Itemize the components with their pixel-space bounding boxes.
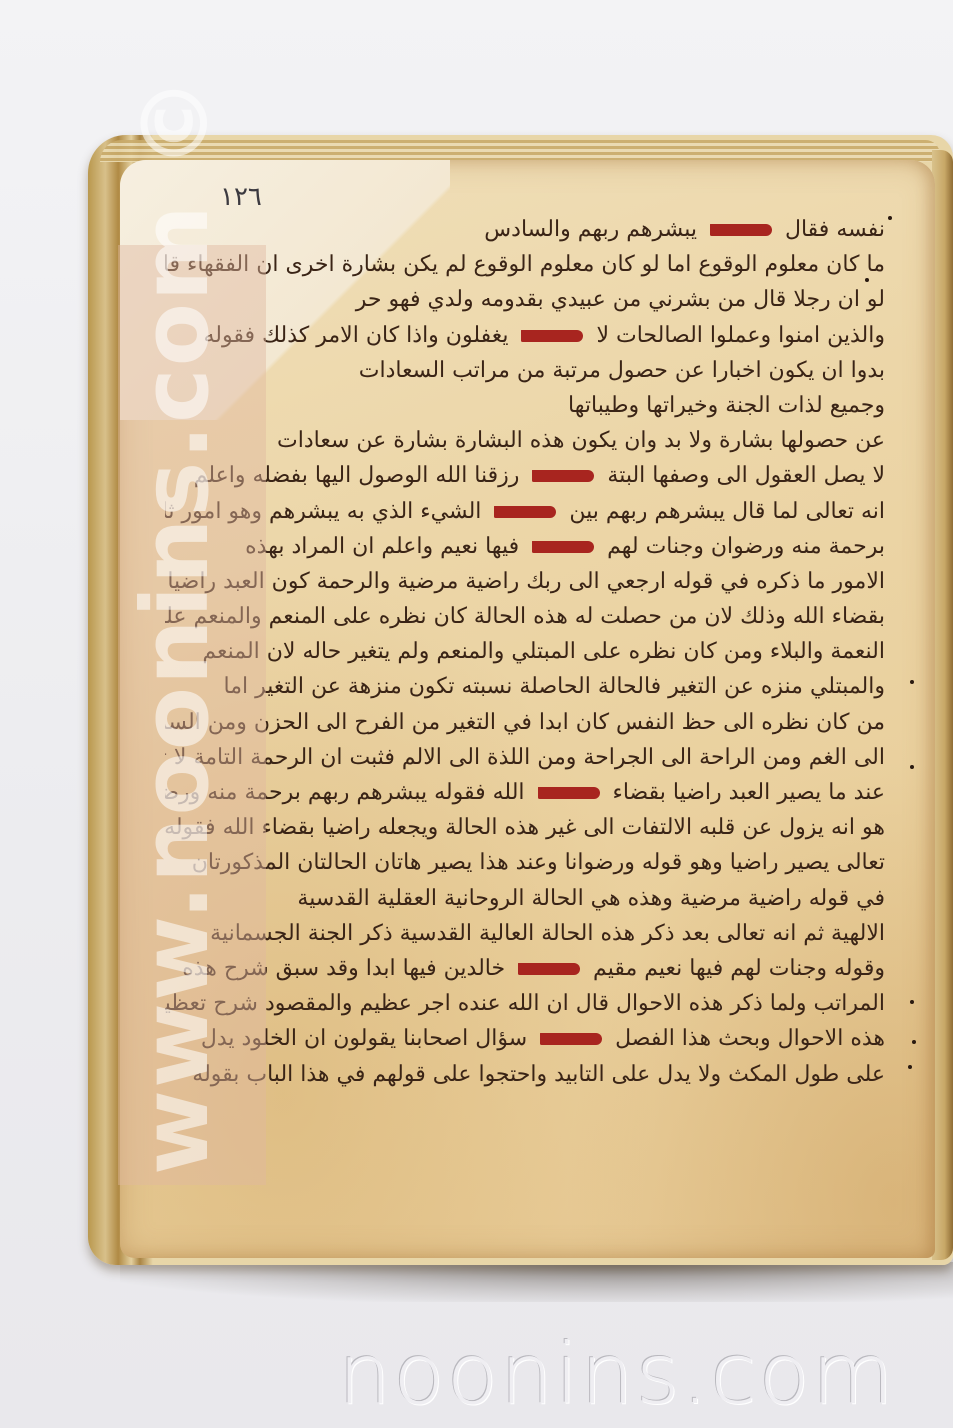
manuscript-line: وجميع لذات الجنة وخيراتها وطيباتها <box>165 388 885 423</box>
manuscript-line: الى الغم ومن الراحة الى الجراحة ومن اللذ… <box>165 740 885 775</box>
line-text: والمبتلي منزه عن التغير فالحالة الحاصلة … <box>224 674 885 699</box>
manuscript-line: في قوله راضية مرضية وهذه هي الحالة الروح… <box>165 881 885 916</box>
manuscript-line: ما كان معلوم الوقوع اما لو كان معلوم الو… <box>165 247 885 282</box>
manuscript-text-block: نفسه فقال يبشرهم ربهم والسادسما كان معلو… <box>165 212 885 1092</box>
manuscript-line: والذين امنوا وعملوا الصالحات لا يغفلون و… <box>165 318 885 353</box>
margin-dot <box>908 1065 912 1069</box>
line-text: وقوله وجنات لهم فيها نعيم مقيم <box>586 956 885 981</box>
manuscript-line: على طول المكث ولا يدل على التابيد واحتجو… <box>165 1057 885 1092</box>
margin-dot <box>888 216 892 220</box>
line-text: لا يصل العقول الى وصفها البتة <box>600 463 885 488</box>
line-text: عند ما يصير العبد راضيا بقضاء <box>606 780 886 805</box>
red-rubric-overline <box>532 541 594 553</box>
line-text: نفسه فقال <box>778 217 885 242</box>
line-text: الامور ما ذكره في قوله ارجعي الى ربك راض… <box>167 569 885 594</box>
manuscript-line: بقضاء الله وذلك لان من حصلت له هذه الحال… <box>165 599 885 634</box>
manuscript-line: هذه الاحوال وبحث هذا الفصل سؤال اصحابنا … <box>165 1021 885 1056</box>
red-rubric-overline <box>540 1033 602 1045</box>
manuscript-line: الامور ما ذكره في قوله ارجعي الى ربك راض… <box>165 564 885 599</box>
margin-dot <box>910 680 914 684</box>
manuscript-line: وقوله وجنات لهم فيها نعيم مقيم خالدين في… <box>165 951 885 986</box>
manuscript-line: النعمة والبلاء ومن كان نظره على المبتلي … <box>165 634 885 669</box>
red-rubric-overline <box>538 787 600 799</box>
book-cover-edge <box>932 150 953 1260</box>
line-text: لو ان رجلا قال من بشرني من عبيدي بقدومه … <box>356 287 885 312</box>
line-text: انه تعالى لما قال يبشرهم ربهم بين <box>562 499 885 524</box>
bottom-watermark: noonins.com <box>338 1325 896 1423</box>
line-text: بدوا ان يكون اخبارا عن حصول مرتبة من مرا… <box>359 358 885 383</box>
line-text: تعالى يصير راضيا وهو قوله ورضوانا وعند ه… <box>192 850 885 875</box>
manuscript-line: برحمة منه ورضوان وجنات لهم فيها نعيم واع… <box>165 529 885 564</box>
manuscript-line: المراتب ولما ذكر هذه الاحوال قال ان الله… <box>165 986 885 1021</box>
line-text: من كان نظره الى حظ النفس كان ابدا في الت… <box>165 710 885 735</box>
manuscript-line: لا يصل العقول الى وصفها البتة رزقنا الله… <box>165 458 885 493</box>
line-text: الالهية ثم انه تعالى بعد ذكر هذه الحالة … <box>210 921 885 946</box>
red-rubric-overline <box>532 470 594 482</box>
vertical-watermark: www.noonins.com © <box>122 75 229 1175</box>
margin-dot <box>910 765 914 769</box>
manuscript-line: نفسه فقال يبشرهم ربهم والسادس <box>165 212 885 247</box>
manuscript-line: من كان نظره الى حظ النفس كان ابدا في الت… <box>165 705 885 740</box>
manuscript-line: تعالى يصير راضيا وهو قوله ورضوانا وعند ه… <box>165 845 885 880</box>
manuscript-line: بدوا ان يكون اخبارا عن حصول مرتبة من مرا… <box>165 353 885 388</box>
manuscript-line: عن حصولها بشارة ولا بد وان يكون هذه البش… <box>165 423 885 458</box>
manuscript-line: والمبتلي منزه عن التغير فالحالة الحاصلة … <box>165 669 885 704</box>
line-text: بقضاء الله وذلك لان من حصلت له هذه الحال… <box>165 604 885 629</box>
line-text: في قوله راضية مرضية وهذه هي الحالة الروح… <box>297 886 885 911</box>
line-text: برحمة منه ورضوان وجنات لهم <box>600 534 885 559</box>
margin-dot <box>910 1000 914 1004</box>
red-rubric-overline <box>518 963 580 975</box>
line-text: عن حصولها بشارة ولا بد وان يكون هذه البش… <box>277 428 885 453</box>
manuscript-line: انه تعالى لما قال يبشرهم ربهم بين الشيء … <box>165 494 885 529</box>
line-text: ما كان معلوم الوقوع اما لو كان معلوم الو… <box>165 252 885 277</box>
line-text: النعمة والبلاء ومن كان نظره على المبتلي … <box>202 639 885 664</box>
red-rubric-overline <box>521 330 583 342</box>
manuscript-line: عند ما يصير العبد راضيا بقضاء الله فقوله… <box>165 775 885 810</box>
line-text: والذين امنوا وعملوا الصالحات لا <box>589 323 885 348</box>
line-text-continued: يبشرهم ربهم والسادس <box>484 217 704 242</box>
manuscript-line: الالهية ثم انه تعالى بعد ذكر هذه الحالة … <box>165 916 885 951</box>
line-text: هو انه يزول عن قلبه الالتفات الى غير هذه… <box>165 815 885 840</box>
manuscript-line: هو انه يزول عن قلبه الالتفات الى غير هذه… <box>165 810 885 845</box>
margin-dot <box>865 278 869 282</box>
manuscript-line: لو ان رجلا قال من بشرني من عبيدي بقدومه … <box>165 282 885 317</box>
line-text-continued: فيها نعيم واعلم ان المراد بهذه <box>245 534 526 559</box>
red-rubric-overline <box>494 506 556 518</box>
line-text: على طول المكث ولا يدل على التابيد واحتجو… <box>192 1062 885 1087</box>
red-rubric-overline <box>710 224 772 236</box>
line-text: الى الغم ومن الراحة الى الجراحة ومن اللذ… <box>165 745 885 770</box>
margin-dot <box>912 1040 916 1044</box>
book-shadow <box>120 1262 953 1302</box>
line-text: وجميع لذات الجنة وخيراتها وطيباتها <box>568 393 885 418</box>
line-text: المراتب ولما ذكر هذه الاحوال قال ان الله… <box>165 991 885 1016</box>
line-text: هذه الاحوال وبحث هذا الفصل <box>608 1026 885 1051</box>
